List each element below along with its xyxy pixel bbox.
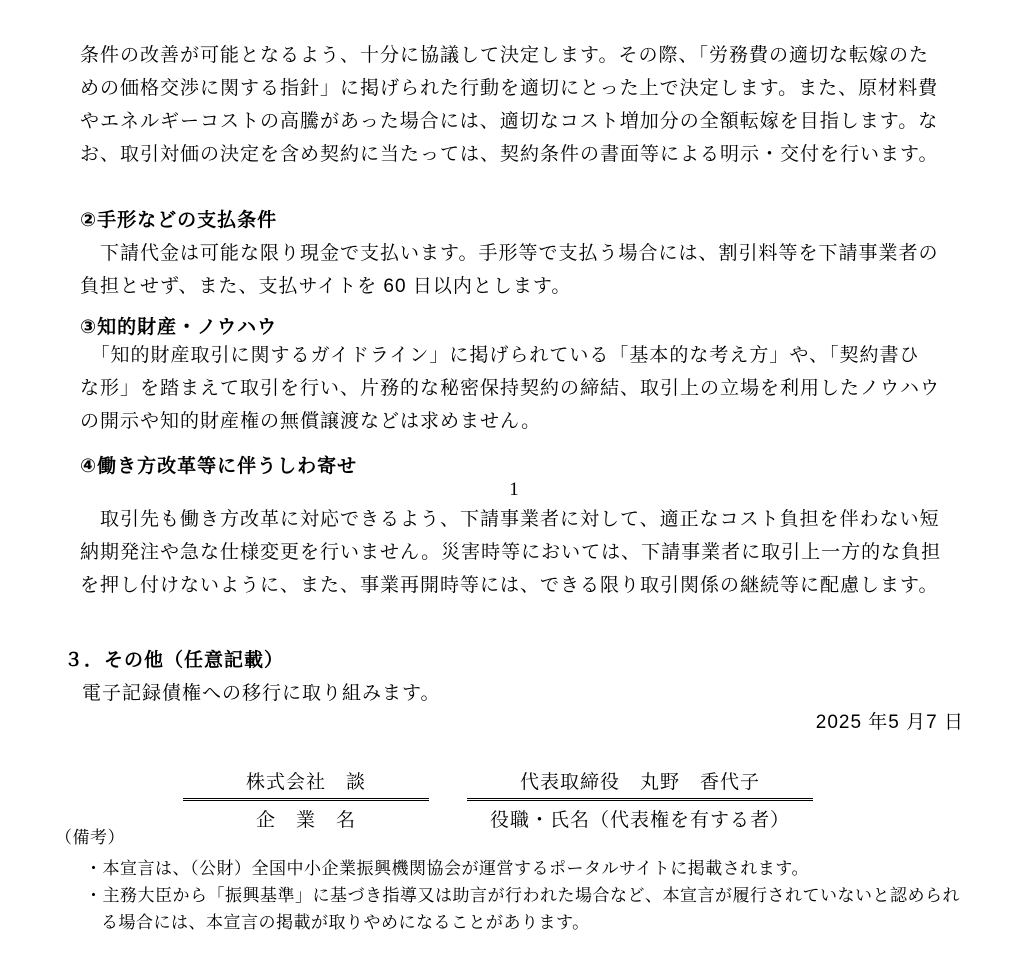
representative-value: 代表取締役 丸野 香代子 — [467, 768, 813, 801]
page-number: 1 — [80, 478, 948, 502]
declaration-date: 2025 年5 月7 日 — [816, 706, 964, 739]
remarks-note-1: ・本宣言は、（公財）全国中小企業振興機関協会が運営するポータルサイトに掲載されま… — [85, 855, 960, 882]
reform-line-2: 納期発注や急な仕様変更を行いません。災害時等においては、下請事業者に取引上一方的… — [80, 536, 960, 569]
remarks-note-2-line-1: ・主務大臣から「振興基準」に基づき指導又は助言が行われた場合など、本宣言が履行さ… — [85, 882, 960, 909]
representative-label: 役職・氏名（代表権を有する者） — [467, 809, 813, 833]
company-name-label: 企 業 名 — [183, 809, 429, 833]
intro-line-4: お、取引対価の決定を含め契約に当たっては、契約条件の書面等による明示・交付を行い… — [80, 138, 960, 171]
remarks-note-2-line-2: る場合には、本宣言の掲載が取りやめになることがあります。 — [85, 909, 960, 936]
payment-terms-line-1: 下請代金は可能な限り現金で支払います。手形等で支払う場合には、割引料等を下請事業… — [80, 237, 960, 270]
reform-line-1: 取引先も働き方改革に対応できるよう、下請事業者に対して、適正なコスト負担を伴わな… — [80, 503, 960, 536]
intro-line-2: めの価格交渉に関する指針」に掲げられた行動を適切にとった上で決定します。また、原… — [80, 72, 960, 105]
company-name-field: 株式会社 談 企 業 名 — [183, 768, 429, 833]
declaration-document-page: 条件の改善が可能となるよう、十分に協議して決定します。その際、「労務費の適切な転… — [0, 0, 1024, 977]
company-name-value: 株式会社 談 — [183, 768, 429, 801]
remarks-label: （備考） — [55, 826, 125, 850]
section-body-intellectual-property: 「知的財産取引に関するガイドライン」に掲げられている「基本的な考え方」や、「契約… — [80, 339, 960, 438]
remarks-notes: ・本宣言は、（公財）全国中小企業振興機関協会が運営するポータルサイトに掲載されま… — [85, 855, 960, 936]
section-heading-other: ３．その他（任意記載） — [64, 644, 284, 677]
ip-line-1: 「知的財産取引に関するガイドライン」に掲げられている「基本的な考え方」や、「契約… — [80, 339, 960, 372]
intro-line-3: やエネルギーコストの高騰があった場合には、適切なコスト増加分の全額転嫁を目指しま… — [80, 105, 960, 138]
section-body-work-style-reform: 取引先も働き方改革に対応できるよう、下請事業者に対して、適正なコスト負担を伴わな… — [80, 503, 960, 602]
section-heading-payment-terms: ②手形などの支払条件 — [80, 204, 277, 237]
section-body-payment-terms: 下請代金は可能な限り現金で支払います。手形等で支払う場合には、割引料等を下請事業… — [80, 237, 960, 303]
intro-paragraph: 条件の改善が可能となるよう、十分に協議して決定します。その際、「労務費の適切な転… — [80, 39, 960, 171]
representative-field: 代表取締役 丸野 香代子 役職・氏名（代表権を有する者） — [467, 768, 813, 833]
ip-line-3: の開示や知的財産権の無償譲渡などは求めません。 — [80, 405, 960, 438]
payment-terms-line-2: 負担とせず、また、支払サイトを 60 日以内とします。 — [80, 270, 960, 303]
section-body-other: 電子記録債権への移行に取り組みます。 — [82, 677, 440, 710]
reform-line-3: を押し付けないように、また、事業再開時等には、できる限り取引関係の継続等に配慮し… — [80, 569, 960, 602]
ip-line-2: な形」を踏まえて取引を行い、片務的な秘密保持契約の締結、取引上の立場を利用したノ… — [80, 372, 960, 405]
intro-line-1: 条件の改善が可能となるよう、十分に協議して決定します。その際、「労務費の適切な転… — [80, 39, 960, 72]
